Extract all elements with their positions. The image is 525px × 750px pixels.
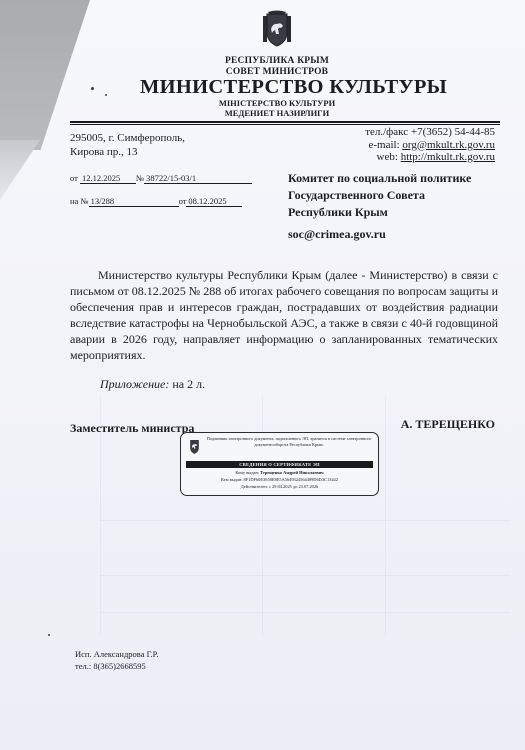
header-rule: [70, 121, 500, 123]
registration-number: 38722/15-03/1: [144, 173, 252, 184]
sender-address: 295005, г. Симферополь, Кирова пр., 13: [70, 131, 185, 159]
stamp-validity: Действителен: с 29.04.2025 до 23.07.2026: [181, 484, 378, 489]
number-prefix: №: [136, 173, 144, 183]
executor-name: Исп. Александрова Г.Р.: [75, 648, 158, 660]
executor-phone: тел.: 8(365)2668595: [75, 660, 158, 672]
signatory-name: А. ТЕРЕЩЕНКО: [401, 417, 495, 432]
executor-block: Исп. Александрова Г.Р. тел.: 8(365)26685…: [75, 648, 158, 672]
stamp-key: Кем выдан: 8F1DF60E3658E8E5A564932456448…: [181, 477, 378, 482]
recipient-block: Комитет по социальной политике Государст…: [288, 170, 471, 221]
email-link[interactable]: org@mkult.rk.gov.ru: [402, 139, 495, 151]
attachment-note: Приложение: на 2 л.: [100, 377, 205, 392]
scan-speck: [48, 634, 50, 636]
stamp-note: Подлинник электронного документа, подпис…: [205, 436, 373, 448]
header-rule-thin: [70, 124, 500, 125]
header-republic: РЕСПУБЛИКА КРЫМ: [0, 56, 525, 66]
scan-speck: [91, 87, 94, 90]
address-line-2: Кирова пр., 13: [70, 145, 185, 159]
validity-value: с 29.04.2025 до 23.07.2026: [269, 484, 318, 489]
web-line: web: http://mkult.rk.gov.ru: [365, 151, 495, 164]
date-prefix: от: [70, 173, 78, 183]
registration-line: от 12.12.2025№38722/15-03/1: [70, 173, 252, 184]
web-link[interactable]: http://mkult.rk.gov.ru: [401, 151, 495, 163]
reply-prefix: на №: [70, 196, 89, 206]
bleed-through-line: [385, 395, 386, 635]
bleed-through-line: [100, 520, 510, 521]
attachment-label: Приложение:: [100, 377, 169, 391]
letter-body: Министерство культуры Республики Крым (д…: [70, 267, 498, 363]
reply-date: 08.12.2025: [186, 196, 242, 207]
issued-to-label: Кому выдан:: [235, 470, 259, 475]
header-ministry: МИНИСТЕРСТВО КУЛЬТУРЫ: [140, 76, 430, 99]
registration-date: 12.12.2025: [80, 173, 136, 184]
header-ministry-ua: МІНІСТЕРСТВО КУЛЬТУРИ: [0, 98, 525, 108]
reply-line: на №13/288от08.12.2025: [70, 196, 242, 207]
recipient-email[interactable]: soc@crimea.gov.ru: [288, 227, 386, 242]
recipient-line-1: Комитет по социальной политике: [288, 170, 471, 187]
bleed-through-line: [262, 395, 263, 635]
crimea-coat-of-arms-icon: [188, 438, 201, 455]
scan-speck: [105, 94, 107, 96]
address-line-1: 295005, г. Симферополь,: [70, 131, 185, 145]
validity-label: Действителен:: [241, 484, 268, 489]
phone-label: тел./факс: [365, 126, 408, 138]
e-signature-stamp: Подлинник электронного документа, подпис…: [180, 432, 379, 496]
bleed-through-line: [100, 575, 510, 576]
scan-shadow-edge: [0, 140, 40, 200]
issued-to-value: Терещенко Андрей Николаевич: [260, 470, 324, 475]
crimea-coat-of-arms-icon: [262, 10, 292, 48]
letter-page: РЕСПУБЛИКА КРЫМ СОВЕТ МИНИСТРОВ МИНИСТЕР…: [0, 0, 525, 750]
recipient-line-3: Республики Крым: [288, 204, 471, 221]
signatory-title: Заместитель министра: [70, 421, 194, 436]
attachment-value: на 2 л.: [172, 377, 205, 391]
key-value: 8F1DF60E3658E8E5A5649324564489D6D3C13442: [244, 477, 338, 482]
bleed-through-line: [100, 612, 510, 613]
email-line: e-mail: org@mkult.rk.gov.ru: [365, 139, 495, 152]
sender-contacts: тел./факс +7(3652) 54-44-85 e-mail: org@…: [365, 126, 495, 164]
key-label: Кем выдан:: [221, 477, 242, 482]
phone-value: +7(3652) 54-44-85: [411, 126, 495, 138]
recipient-line-2: Государственного Совета: [288, 187, 471, 204]
stamp-header: СВЕДЕНИЯ О СЕРТИФИКАТЕ ЭП: [186, 461, 373, 468]
email-label: e-mail:: [368, 139, 399, 151]
web-label: web:: [377, 151, 398, 163]
reply-date-prefix: от: [179, 196, 187, 206]
reply-number: 13/288: [89, 196, 179, 207]
stamp-issued-to: Кому выдан: Терещенко Андрей Николаевич: [181, 470, 378, 475]
header-ministry-crh: МЕДЕНИЕТ НАЗИРЛИГИ: [0, 108, 525, 118]
phone-line: тел./факс +7(3652) 54-44-85: [365, 126, 495, 139]
